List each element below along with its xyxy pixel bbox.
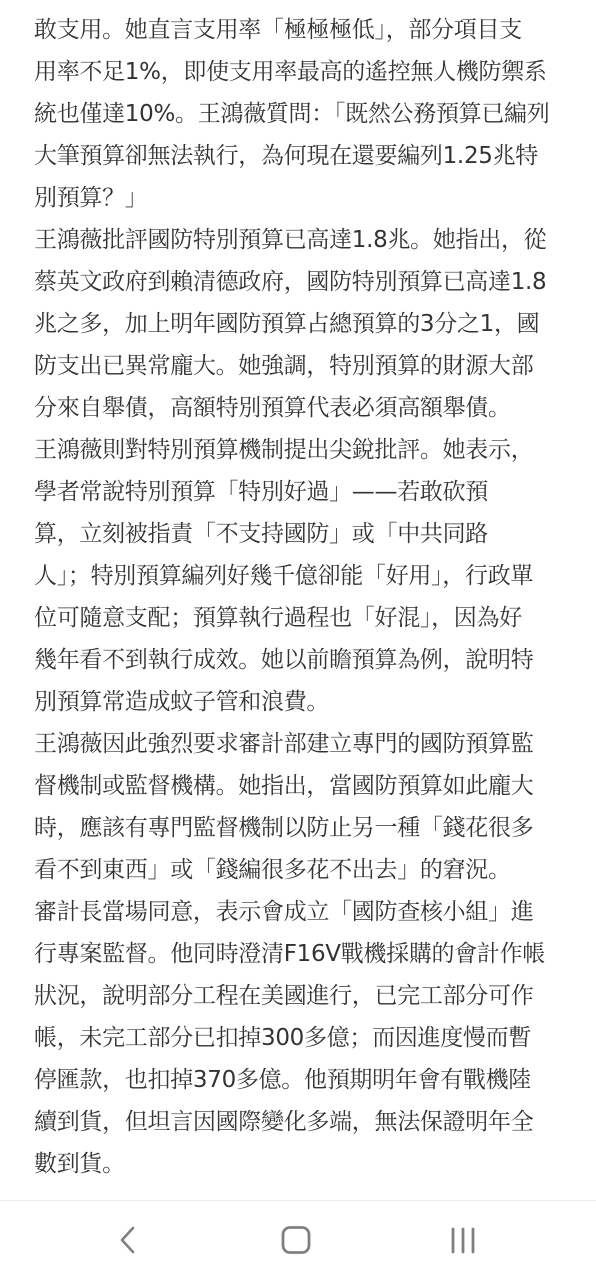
text-line: 督機制或監督機構。她指出，當國防預算如此龐大 xyxy=(34,765,574,807)
text-line: 帳，未完工部分已扣掉300多億；而因進度慢而暫 xyxy=(34,1017,574,1059)
home-icon xyxy=(278,1225,314,1255)
article-body: 敢支用。她直言支用率「極極極低」，部分項目支用率不足1%，即使支用率最高的遙控無… xyxy=(34,9,574,1185)
text-line: 人」；特別預算編列好幾千億卻能「好用」，行政單 xyxy=(34,555,574,597)
text-line: 王鴻薇則對特別預算機制提出尖銳批評。她表示， xyxy=(34,429,574,471)
text-line: 大筆預算卻無法執行，為何現在還要編列1.25兆特 xyxy=(34,135,574,177)
text-line: 數到貨。 xyxy=(34,1143,574,1185)
text-line: 別預算？」 xyxy=(34,177,574,219)
text-line: 續到貨，但坦言因國際變化多端，無法保證明年全 xyxy=(34,1101,574,1143)
text-line: 王鴻薇批評國防特別預算已高達1.8兆。她指出，從 xyxy=(34,219,574,261)
text-line: 審計長當場同意，表示會成立「國防查核小組」進 xyxy=(34,891,574,933)
text-line: 行專案監督。他同時澄清F16V戰機採購的會計作帳 xyxy=(34,933,574,975)
text-line: 狀況，說明部分工程在美國進行，已完工部分可作 xyxy=(34,975,574,1017)
paragraph: 王鴻薇因此強烈要求審計部建立專門的國防預算監督機制或監督機構。她指出，當國防預算… xyxy=(34,723,574,891)
text-line: 時，應該有專門監督機制以防止另一種「錢花很多 xyxy=(34,807,574,849)
text-line: 蔡英文政府到賴清德政府，國防特別預算已高達1.8 xyxy=(34,261,574,303)
text-line: 學者常說特別預算「特別好過」——若敢砍預 xyxy=(34,471,574,513)
text-line: 王鴻薇因此強烈要求審計部建立專門的國防預算監 xyxy=(34,723,574,765)
text-line: 統也僅達10%。王鴻薇質問：「既然公務預算已編列 xyxy=(34,93,574,135)
recents-icon xyxy=(446,1225,480,1255)
text-line: 看不到東西」或「錢編很多花不出去」的窘況。 xyxy=(34,849,574,891)
text-line: 幾年看不到執行成效。她以前瞻預算為例，說明特 xyxy=(34,639,574,681)
paragraph: 審計長當場同意，表示會成立「國防查核小組」進行專案監督。他同時澄清F16V戰機採… xyxy=(34,891,574,1185)
recent-apps-button[interactable] xyxy=(446,1225,480,1255)
text-line: 算，立刻被指責「不支持國防」或「中共同路 xyxy=(34,513,574,555)
chevron-left-icon xyxy=(114,1225,144,1255)
text-line: 停匯款，也扣掉370多億。他預期明年會有戰機陸 xyxy=(34,1059,574,1101)
text-line: 敢支用。她直言支用率「極極極低」，部分項目支 xyxy=(34,9,574,51)
text-line: 用率不足1%，即使支用率最高的遙控無人機防禦系 xyxy=(34,51,574,93)
text-line: 分來自舉債，高額特別預算代表必須高額舉債。 xyxy=(34,387,574,429)
text-line: 防支出已異常龐大。她強調，特別預算的財源大部 xyxy=(34,345,574,387)
paragraph: 敢支用。她直言支用率「極極極低」，部分項目支用率不足1%，即使支用率最高的遙控無… xyxy=(34,9,574,219)
paragraph: 王鴻薇批評國防特別預算已高達1.8兆。她指出，從蔡英文政府到賴清德政府，國防特別… xyxy=(34,219,574,429)
text-line: 位可隨意支配；預算執行過程也「好混」，因為好 xyxy=(34,597,574,639)
text-line: 兆之多，加上明年國防預算占總預算的3分之1，國 xyxy=(34,303,574,345)
paragraph: 王鴻薇則對特別預算機制提出尖銳批評。她表示，學者常說特別預算「特別好過」——若敢… xyxy=(34,429,574,723)
text-line: 別預算常造成蚊子管和浪費。 xyxy=(34,681,574,723)
back-button[interactable] xyxy=(114,1225,144,1255)
home-button[interactable] xyxy=(278,1225,314,1255)
system-navigation-bar xyxy=(0,1201,596,1280)
